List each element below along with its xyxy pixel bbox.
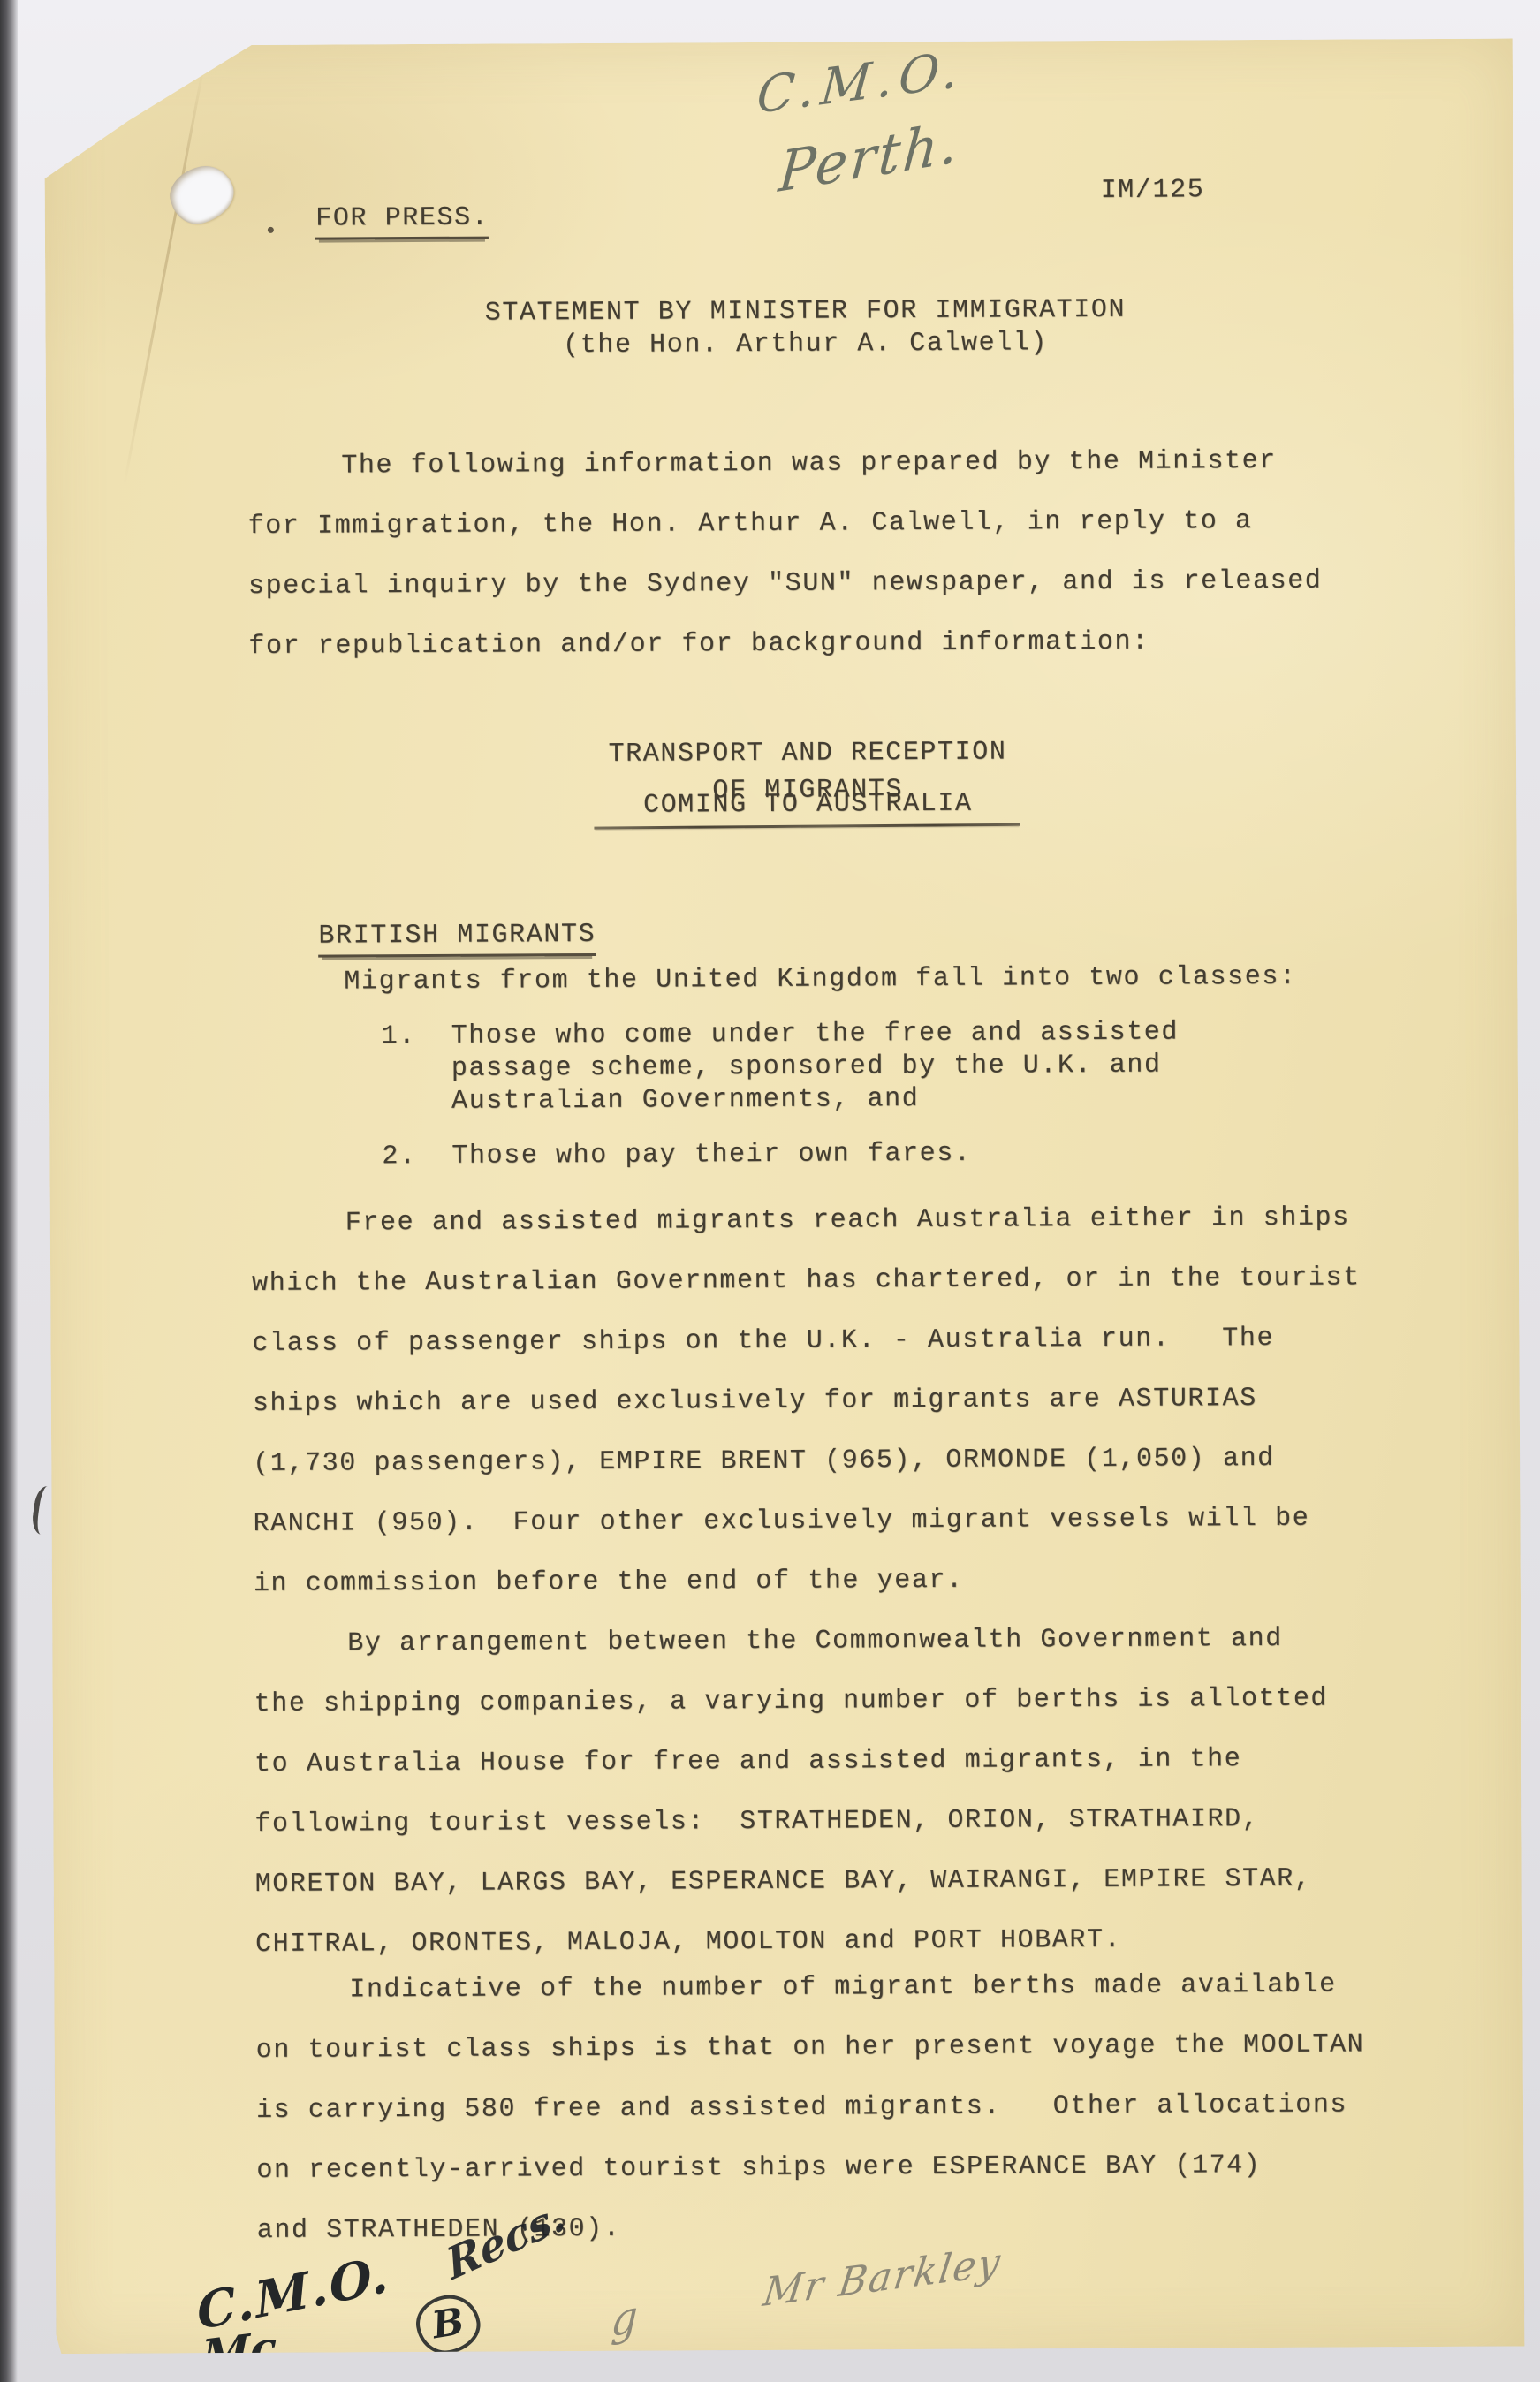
- scanner-edge-shadow: [0, 0, 18, 2382]
- typed-line: for republication and/or for background …: [248, 626, 1323, 692]
- typed-line: ships which are used exclusively for mig…: [253, 1383, 1362, 1449]
- typed-line: passage scheme, sponsored by the U.K. an…: [451, 1051, 1180, 1087]
- typed-line: special inquiry by the Sydney "SUN" news…: [248, 566, 1323, 632]
- typed-line: on tourist class ships is that on her pr…: [256, 2029, 1365, 2096]
- section-heading: TRANSPORT AND RECEPTION OF MIGRANTS COMI…: [108, 735, 1508, 848]
- typed-line: Those who come under the free and assist…: [451, 1018, 1180, 1054]
- typed-line: in commission before the end of the year…: [254, 1563, 1362, 1629]
- list-item-text: Those who pay their own fares.: [451, 1139, 971, 1174]
- paragraph-berths: By arrangement between the Commonwealth …: [254, 1624, 1330, 1990]
- handwritten-city-note: Perth.: [777, 110, 963, 206]
- list-item-number: 1.: [382, 1021, 416, 1051]
- typed-line: RANCHI (950). Four other exclusively mig…: [253, 1503, 1362, 1569]
- reference-number: IM/125: [1101, 175, 1205, 206]
- paper-crease: [123, 70, 204, 487]
- typed-line: MORETON BAY, LARGS BAY, ESPERANCE BAY, W…: [255, 1864, 1330, 1930]
- handwritten-mc-initials: Mc.: [201, 2318, 292, 2382]
- intro-paragraph: The following information was prepared b…: [247, 446, 1323, 692]
- typed-line: to Australia House for free and assisted…: [254, 1744, 1329, 1809]
- typed-line: (1,730 passengers), EMPIRE BRENT (965), …: [253, 1443, 1362, 1509]
- typed-line: class of passenger ships on the U.K. - A…: [252, 1323, 1361, 1389]
- paragraph-mooltan: Indicative of the number of migrant bert…: [255, 1969, 1365, 2276]
- section-heading-line-2: COMING TO AUSTRALIA: [108, 786, 1507, 823]
- typed-line: the shipping companies, a varying number…: [254, 1684, 1329, 1749]
- classification-text: FOR PRESS.: [315, 203, 489, 240]
- typed-line: following tourist vessels: STRATHEDEN, O…: [254, 1804, 1329, 1870]
- typed-line: on recently-arrived tourist ships were E…: [256, 2150, 1365, 2216]
- typed-line: is carrying 580 free and assisted migran…: [256, 2090, 1365, 2156]
- pencil-initial: g: [610, 2291, 639, 2348]
- list-item-number: 2.: [382, 1142, 416, 1172]
- handwritten-circled-initial: B: [412, 2290, 484, 2358]
- subsection-heading-text: BRITISH MIGRANTS: [318, 920, 596, 958]
- typed-line: Free and assisted migrants reach Austral…: [252, 1202, 1361, 1269]
- classification-label: FOR PRESS.: [247, 173, 489, 270]
- document-title: STATEMENT BY MINISTER FOR IMMIGRATION (t…: [105, 293, 1505, 366]
- section-heading-line-1: TRANSPORT AND RECEPTION: [108, 735, 1507, 775]
- typed-line: Australian Governments, and: [451, 1083, 1180, 1119]
- handwritten-office-note: C.M.O.: [755, 41, 967, 125]
- typed-line: which the Australian Government has char…: [252, 1263, 1361, 1329]
- paragraph-ships: Free and assisted migrants reach Austral…: [252, 1202, 1362, 1629]
- list-item-text: Those who come under the free and assist…: [451, 1018, 1180, 1119]
- document-page: C.M.O. Perth. FOR PRESS. IM/125 STATEMEN…: [44, 39, 1525, 2355]
- typed-line: for Immigration, the Hon. Arthur A. Calw…: [248, 506, 1323, 572]
- typed-line: The following information was prepared b…: [247, 446, 1322, 512]
- typed-line: Those who pay their own fares.: [451, 1139, 971, 1174]
- lead-sentence: Migrants from the United Kingdom fall in…: [344, 962, 1296, 998]
- typed-line: By arrangement between the Commonwealth …: [254, 1624, 1328, 1689]
- title-line-2: (the Hon. Arthur A. Calwell): [105, 326, 1505, 366]
- typed-line: Indicative of the number of migrant bert…: [255, 1969, 1364, 2036]
